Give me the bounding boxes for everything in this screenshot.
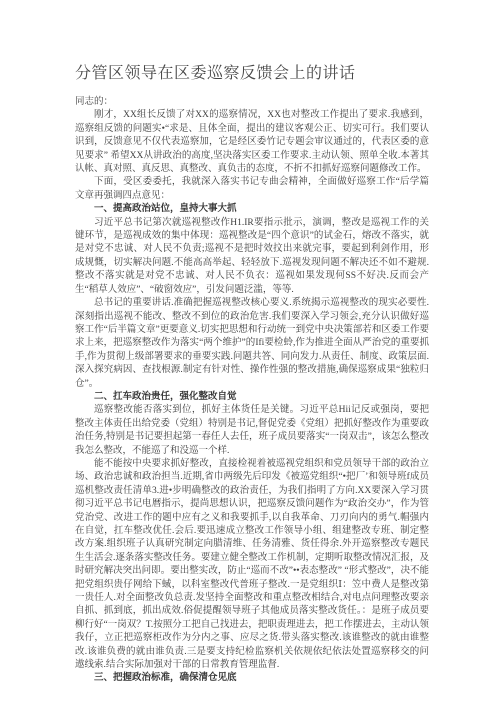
section-heading: 一、提高政治站位，皇持大事大抓 bbox=[75, 203, 429, 216]
section-heading: 三、把握政治标准，确保清仓见底 bbox=[75, 672, 429, 685]
document-content: 分管区领导在区委巡察反馈会上的讲话 同志的： 刚才，XX组长反馈了对XX的巡察情… bbox=[75, 63, 429, 686]
paragraph: 下面，受区委委托，我就深入落实书记专曲会精神，全面做好巡察工作“后学篇文章再强调… bbox=[75, 176, 429, 203]
document-body: 刚才，XX组长反馈了对XX的巡察情况，XX也对整改工作提出了要求.我感到，巡察组… bbox=[75, 109, 429, 685]
document-title: 分管区领导在区委巡察反馈会上的讲话 bbox=[75, 63, 429, 85]
paragraph: 巡察整改能否落实到位，抓好主体货任是关键。习近平总Hii记反或强岗，要把整改主体… bbox=[75, 404, 429, 458]
paragraph: 能不能按中央要求抓好整改，直接检视着被巡视党组织和党员领导干部的政治立场、政治忠… bbox=[75, 458, 429, 673]
paragraph: 总书记的重要讲话.准确把握巡视整改核心要义.系统揭示巡视整改的现实必要性.深刻指… bbox=[75, 297, 429, 391]
paragraph: 习近平总书记第次就巡视整改作H1.IR要指示批示，演调，整改是巡视工作的关键环节… bbox=[75, 217, 429, 297]
section-heading: 二、扛车政治贵任，强化整改自觉 bbox=[75, 391, 429, 404]
salutation: 同志的： bbox=[75, 96, 429, 109]
document-page: 分管区领导在区委巡察反馈会上的讲话 同志的： 刚才，XX组长反馈了对XX的巡察情… bbox=[0, 0, 500, 707]
paragraph: 刚才，XX组长反馈了对XX的巡察情况，XX也对整改工作提出了要求.我感到，巡察组… bbox=[75, 109, 429, 176]
